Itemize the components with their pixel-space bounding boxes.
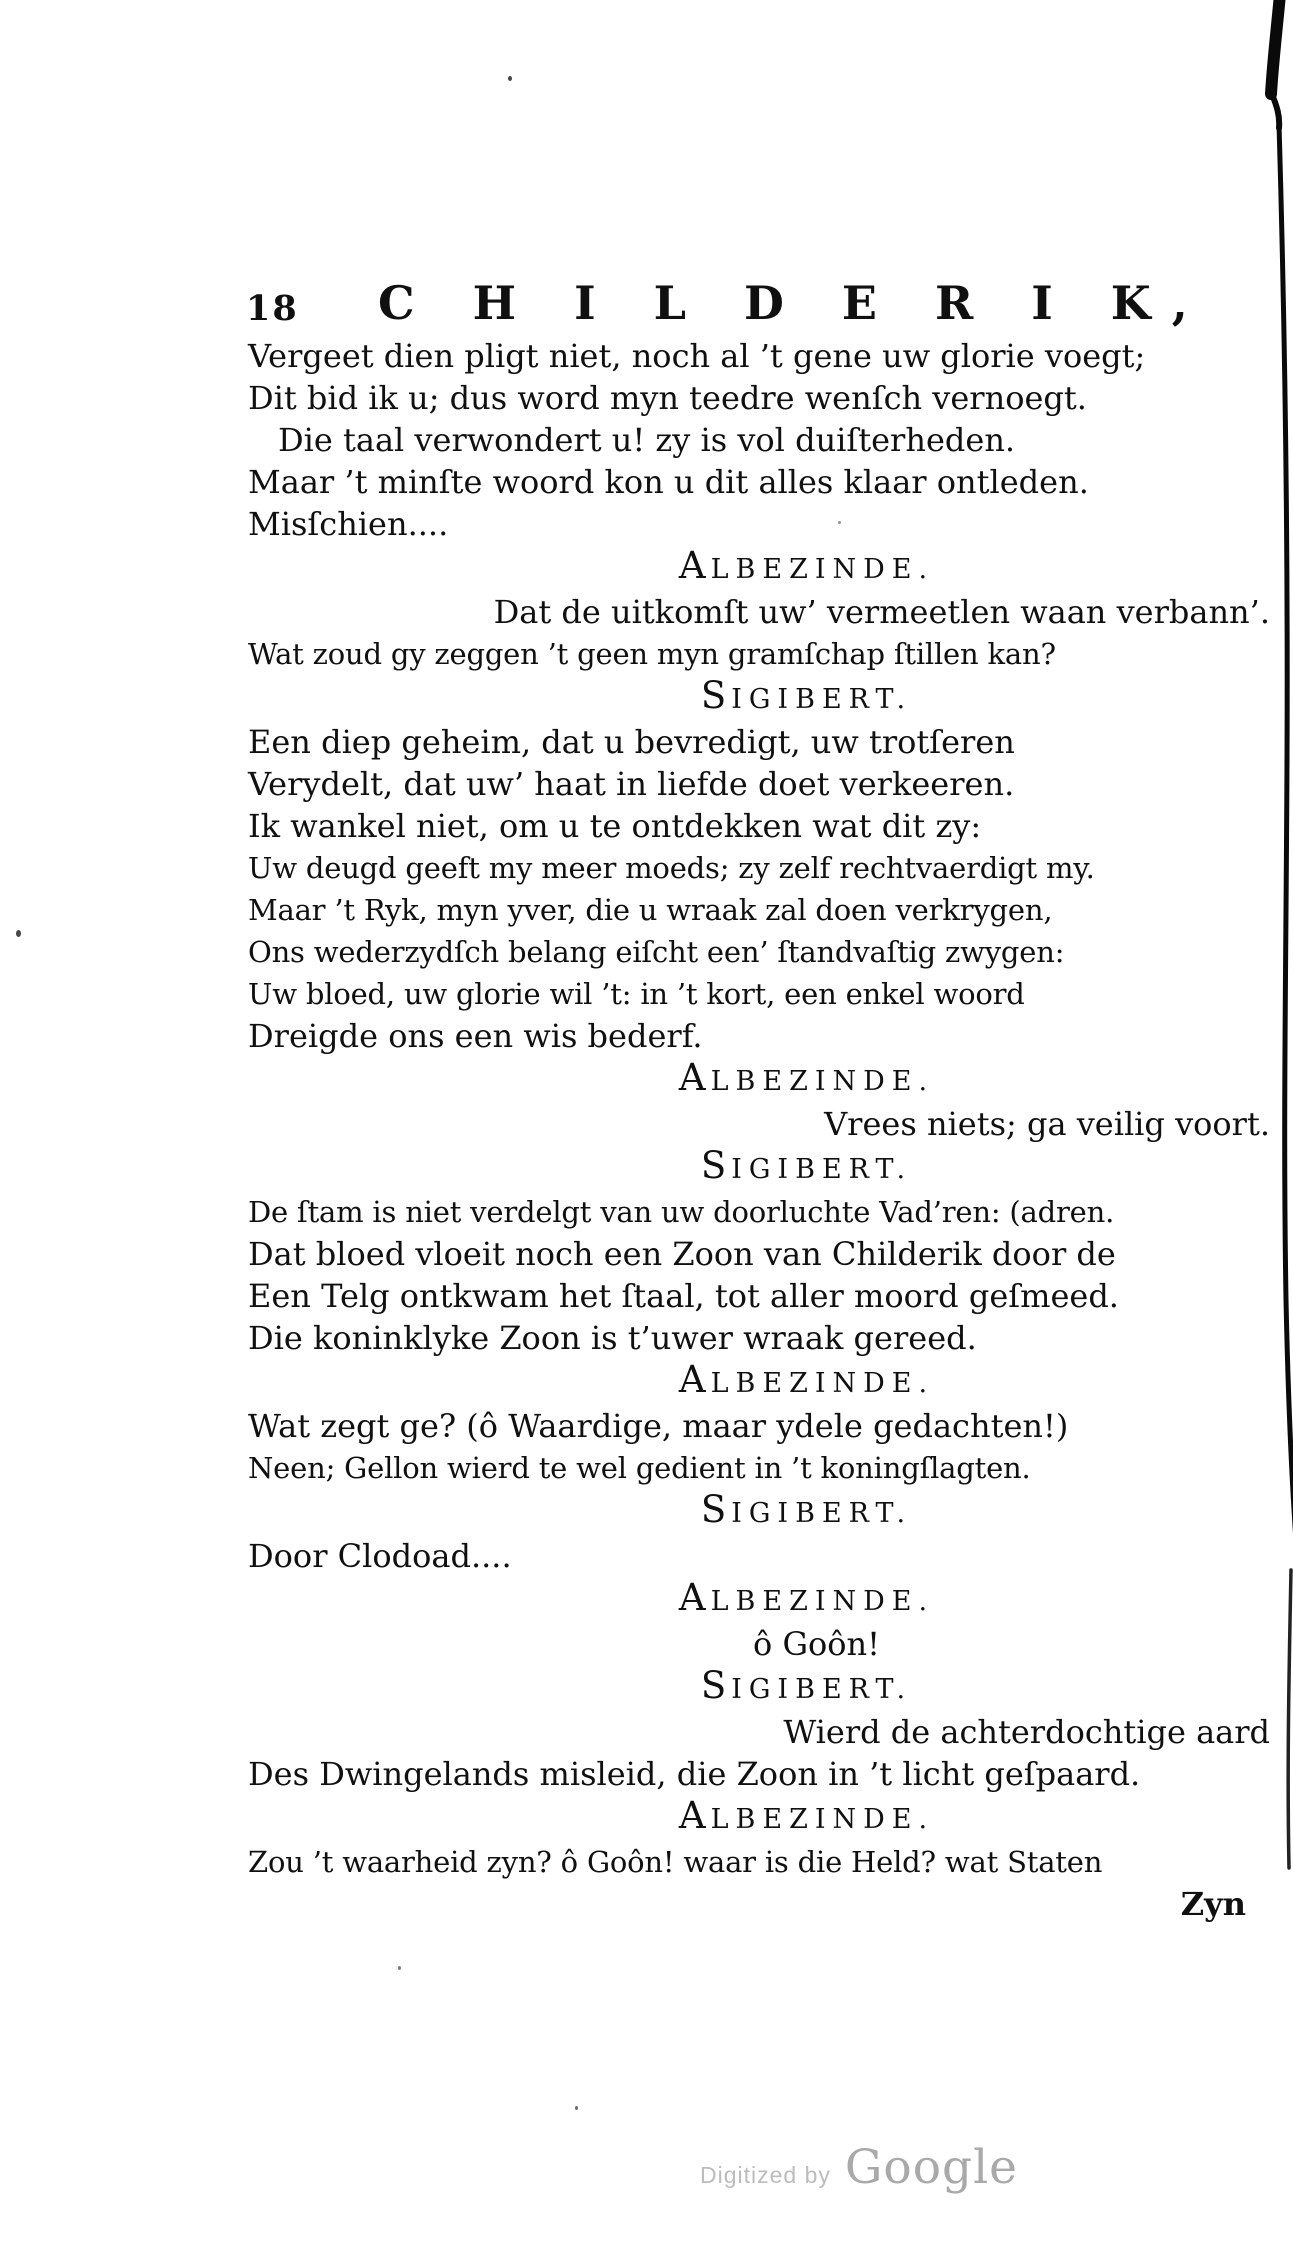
verse-line: Wat zoud gy zeggen ’t geen myn gramſchap…	[248, 633, 1270, 675]
verse-line: Die taal verwondert u! zy is vol duiſter…	[248, 419, 1270, 461]
speaker-heading: SIGIBERT.	[248, 1145, 1270, 1191]
scan-speck	[16, 930, 21, 937]
text-block: Vergeet dien pligt niet, noch al ’t gene…	[248, 335, 1270, 1925]
scanned-page: 18 C H I L D E R I K, Vergeet dien pligt…	[0, 0, 1293, 2248]
google-logo: Google	[845, 2140, 1018, 2195]
speaker-heading: SIGIBERT.	[248, 1489, 1270, 1535]
verse-line: Een Telg ontkwam het ſtaal, tot aller mo…	[248, 1275, 1270, 1317]
speaker-heading: ALBEZINDE.	[248, 1795, 1270, 1841]
verse-line: Uw deugd geeft my meer moeds; zy zelf re…	[248, 847, 1270, 889]
verse-line: Misſchien....	[248, 503, 1270, 545]
digitization-watermark: Digitized by Google	[700, 2140, 1018, 2195]
catchword: Zyn	[248, 1883, 1270, 1925]
running-title: C H I L D E R I K,	[378, 276, 1209, 330]
verse-line: Ik wankel niet, om u te ontdekken wat di…	[248, 805, 1270, 847]
speaker-heading: ALBEZINDE.	[248, 545, 1270, 591]
verse-line: Uw bloed, uw glorie wil ’t: in ’t kort, …	[248, 973, 1270, 1015]
verse-line: Die koninklyke Zoon is t’uwer wraak gere…	[248, 1317, 1270, 1359]
verse-line: Vergeet dien pligt niet, noch al ’t gene…	[248, 335, 1270, 377]
verse-line: Zou ’t waarheid zyn? ô Goôn! waar is die…	[248, 1841, 1270, 1883]
speaker-heading: SIGIBERT.	[248, 675, 1270, 721]
verse-line: Maar ’t minſte woord kon u dit alles kla…	[248, 461, 1270, 503]
scan-speck	[838, 521, 841, 524]
verse-line: Des Dwingelands misleid, die Zoon in ’t …	[248, 1753, 1270, 1795]
watermark-prefix-label: Digitized by	[700, 2162, 831, 2189]
verse-line: Vrees niets; ga veilig voort.	[248, 1103, 1270, 1145]
verse-line: ô Goôn!	[248, 1623, 1270, 1665]
verse-line: Maar ’t Ryk, myn yver, die u wraak zal d…	[248, 889, 1270, 931]
verse-line: Wat zegt ge? (ô Waardige, maar ydele ged…	[248, 1405, 1270, 1447]
verse-line: Dreigde ons een wis bederf.	[248, 1015, 1270, 1057]
scan-speck	[575, 2106, 578, 2110]
speaker-heading: ALBEZINDE.	[248, 1359, 1270, 1405]
speaker-heading: ALBEZINDE.	[248, 1577, 1270, 1623]
speaker-heading: SIGIBERT.	[248, 1665, 1270, 1711]
verse-line: Verydelt, dat uw’ haat in liefde doet ve…	[248, 763, 1270, 805]
verse-line: Wierd de achterdochtige aard	[248, 1711, 1270, 1753]
scan-speck	[508, 76, 512, 81]
verse-line: Neen; Gellon wierd te wel gedient in ’t …	[248, 1447, 1270, 1489]
verse-line: Een diep geheim, dat u bevredigt, uw tro…	[248, 721, 1270, 763]
verse-line: Dat bloed vloeit noch een Zoon van Child…	[248, 1233, 1270, 1275]
verse-line: Ons wederzydſch belang eiſcht een’ ſtand…	[248, 931, 1270, 973]
verse-line: Dit bid ik u; dus word myn teedre wenſch…	[248, 377, 1270, 419]
speaker-heading: ALBEZINDE.	[248, 1057, 1270, 1103]
verse-line: Door Clodoad....	[248, 1535, 1270, 1577]
verse-line: De ſtam is niet verdelgt van uw doorluch…	[248, 1191, 1270, 1233]
verse-line: Dat de uitkomſt uw’ vermeetlen waan verb…	[248, 591, 1270, 633]
scan-speck	[398, 1966, 401, 1970]
page-number: 18	[246, 288, 299, 329]
